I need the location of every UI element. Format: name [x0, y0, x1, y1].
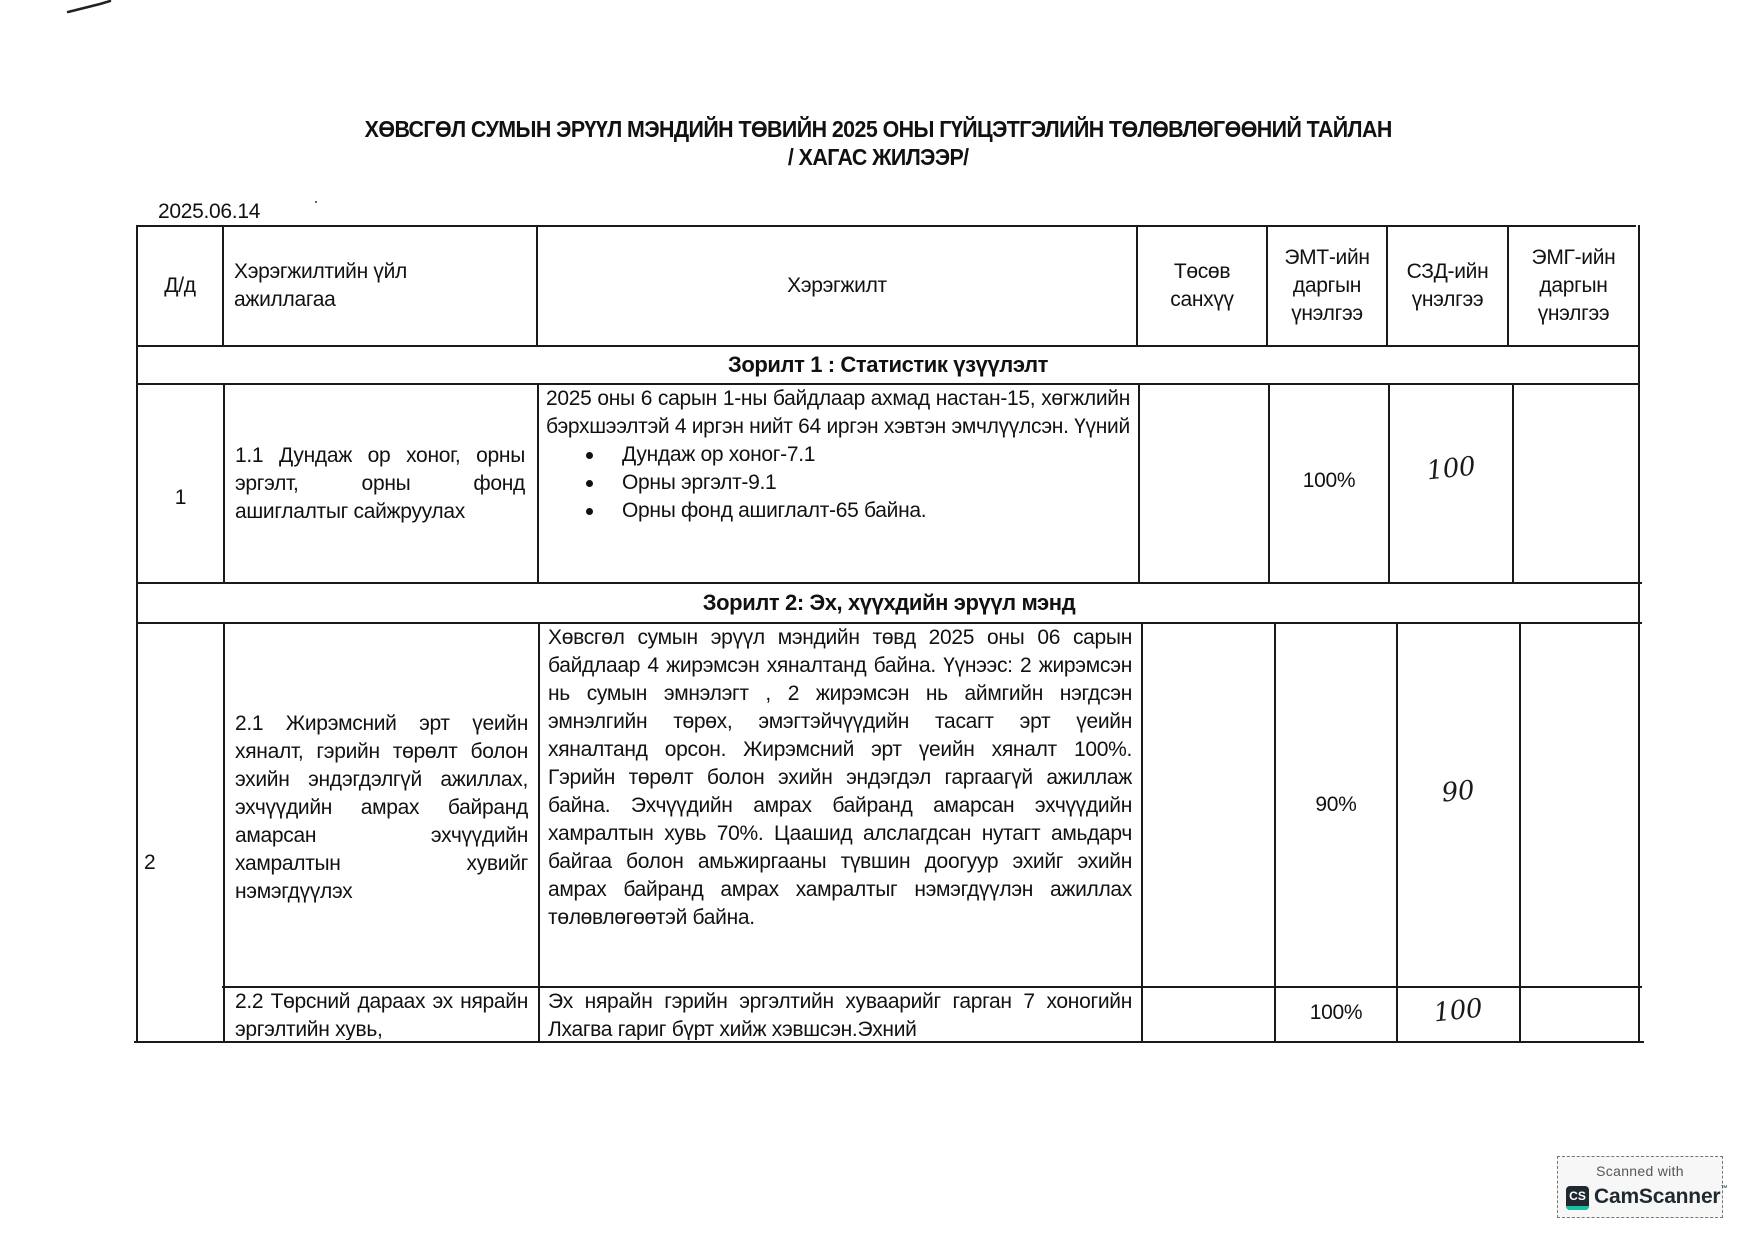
- col-sep: [1274, 622, 1276, 1042]
- watermark-caption: Scanned with: [1558, 1163, 1722, 1179]
- header-szd-eval: СЗД-ийн үнэлгээ: [1388, 227, 1507, 345]
- row-budget: [1143, 988, 1273, 1040]
- watermark-brand: CamScanner™: [1594, 1185, 1727, 1209]
- report-table: Д/д Хэрэгжилтийн үйл ажиллагаа Хэрэгжилт…: [0, 0, 1755, 1240]
- col-sep: [1388, 383, 1390, 583]
- header-szd-eval-label: СЗД-ийн үнэлгээ: [1398, 258, 1498, 314]
- row-budget: [1140, 385, 1268, 582]
- trademark-symbol: ™: [1720, 1185, 1727, 1192]
- row-szd-eval-handwritten: 100: [1391, 446, 1512, 492]
- header-budget-label: Төсөв санхүү: [1162, 258, 1242, 314]
- header-no: Д/д: [138, 227, 222, 345]
- row-budget: [1143, 624, 1273, 986]
- section-heading: Зорилт 2: Эх, хүүхдийн эрүүл мэнд: [138, 584, 1640, 622]
- header-emg-eval-label: ЭМГ-ийн даргын үнэлгээ: [1519, 244, 1629, 328]
- row-activity: 1.1 Дундаж ор хоног, орны эргэлт, орны ф…: [235, 442, 525, 526]
- implementation-bullets: Дундаж ор хоног-7.1 Орны эргэлт-9.1 Орны…: [546, 441, 1130, 525]
- bullet-item: Дундаж ор хоног-7.1: [622, 441, 1130, 469]
- col-sep: [223, 622, 225, 1042]
- watermark-brand-name: CamScanner: [1594, 1185, 1720, 1208]
- header-emg-eval: ЭМГ-ийн даргын үнэлгээ: [1509, 227, 1638, 345]
- row-szd-eval-handwritten: 100: [1397, 988, 1520, 1034]
- col-sep: [223, 383, 225, 583]
- header-emt-eval: ЭМТ-ийн даргын үнэлгээ: [1268, 227, 1386, 345]
- bullet-item: Орны фонд ашиглалт-65 байна.: [622, 497, 1130, 525]
- row-emt-eval: 90%: [1276, 790, 1396, 820]
- row-no: 1: [138, 385, 223, 582]
- section-heading: Зорилт 1 : Статистик үзүүлэлт: [138, 347, 1638, 383]
- row-emt-eval: 100%: [1270, 466, 1388, 496]
- row-no: 2: [144, 849, 204, 877]
- row-emt-eval: 100%: [1276, 998, 1396, 1028]
- row-activity: 2.1 Жирэмсний эрт үеийн хяналт, гэрийн т…: [235, 710, 528, 906]
- header-activity: Хэрэгжилтийн үйл ажиллагаа: [234, 227, 524, 345]
- table-border-bottom: [134, 1041, 1644, 1043]
- col-sep: [222, 225, 224, 346]
- row-implementation: 2025 оны 6 сарын 1-ны байдлаар ахмад нас…: [546, 385, 1130, 525]
- header-budget: Төсөв санхүү: [1138, 227, 1266, 345]
- header-emt-eval-label: ЭМТ-ийн даргын үнэлгээ: [1282, 244, 1372, 328]
- implementation-text: 2025 оны 6 сарын 1-ны байдлаар ахмад нас…: [546, 385, 1130, 441]
- row-szd-eval-handwritten: 90: [1396, 768, 1519, 816]
- col-sep: [537, 383, 539, 583]
- row-emg-eval: [1514, 385, 1638, 582]
- bullet-item: Орны эргэлт-9.1: [622, 469, 1130, 497]
- camscanner-logo-icon: CS: [1566, 1186, 1589, 1210]
- table-border-right: [1638, 225, 1640, 1042]
- col-sep: [538, 622, 540, 1042]
- col-sep: [1396, 622, 1398, 1042]
- camscanner-watermark: Scanned with CS CamScanner™: [1557, 1156, 1723, 1218]
- row-activity: 2.2 Төрсний дараах эх нярайн эргэлтийн х…: [235, 988, 528, 1040]
- row-emg-eval: [1521, 624, 1638, 986]
- row-emg-eval: [1521, 988, 1638, 1040]
- row-implementation: Эх нярайн гэрийн эргэлтийн хуваарийг гар…: [548, 988, 1132, 1040]
- row-implementation: Хөвсгөл сумын эрүүл мэндийн төвд 2025 он…: [548, 624, 1132, 932]
- header-activity-label: Хэрэгжилтийн үйл ажиллагаа: [234, 258, 464, 314]
- header-implementation: Хэрэгжилт: [538, 227, 1136, 345]
